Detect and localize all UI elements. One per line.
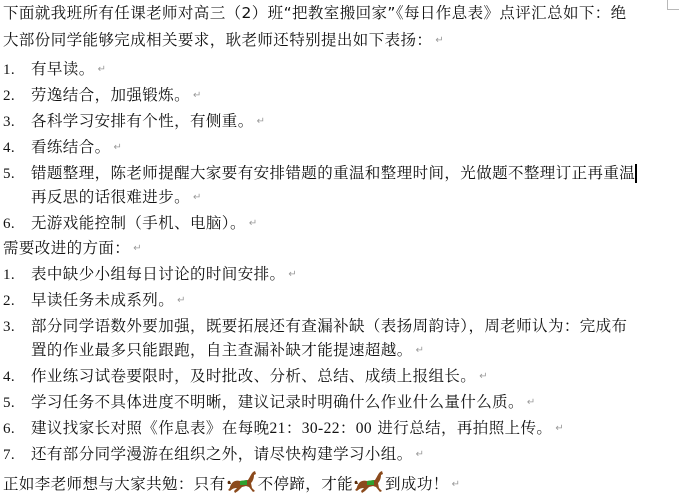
paragraph-mark-icon: ↵ <box>98 64 107 75</box>
paragraph-mark-icon: ↵ <box>249 218 258 229</box>
horse-icon <box>353 469 385 494</box>
improve-item: 4.作业练习试卷要限时，及时批改、分析、总结、成绩上报组长。↵ <box>3 366 488 387</box>
praise-item: 6.无游戏能控制（手机、电脑）。↵ <box>3 213 258 234</box>
text-cursor <box>635 164 637 183</box>
intro-line-2: 大部份同学能够完成相关要求，耿老师还特别提出如下表扬：↵ <box>3 30 444 51</box>
paragraph-mark-icon: ↵ <box>114 142 123 153</box>
paragraph-mark-icon: ↵ <box>193 90 202 101</box>
improve-item: 3.部分同学语数外要加强，既要拓展还有查漏补缺（表扬周韵诗），周老师认为：完成布 <box>3 316 627 337</box>
paragraph-mark-icon: ↵ <box>416 449 425 460</box>
praise-item: 1.有早读。↵ <box>3 59 106 80</box>
paragraph-mark-icon: ↵ <box>435 35 444 46</box>
praise-item: 3.各科学习安排有个性，有侧重。↵ <box>3 111 265 132</box>
improve-item: 7.还有部分同学漫游在组织之外，请尽快构建学习小组。↵ <box>3 444 424 465</box>
praise-item: 2.劳逸结合，加强锻炼。↵ <box>3 85 202 106</box>
paragraph-mark-icon: ↵ <box>527 397 536 408</box>
improve-item-continuation: 置的作业最多只能跟跑，自主查漏补缺才能提速超越。↵ <box>3 340 424 361</box>
paragraph-mark-icon: ↵ <box>479 371 488 382</box>
paragraph-mark-icon: ↵ <box>452 479 461 490</box>
improve-heading: 需要改进的方面：↵ <box>3 238 142 259</box>
improve-item: 5.学习任务不具体进度不明晰，建议记录时明确什么作业什么量什么质。↵ <box>3 392 536 413</box>
praise-item: 5.错题整理，陈老师提醒大家要有安排错题的重温和整理时间，光做题不整理订正再重温 <box>3 163 637 184</box>
paragraph-mark-icon: ↵ <box>555 423 564 434</box>
improve-item: 2.早读任务未成系列。↵ <box>3 290 186 311</box>
paragraph-mark-icon: ↵ <box>133 243 142 254</box>
praise-item-continuation: 再反思的话很难进步。↵ <box>3 187 202 208</box>
praise-item: 4.看练结合。↵ <box>3 137 122 158</box>
improve-item: 6.建议找家长对照《作息表》在每晚21：30-22：00 进行总结，再拍照上传。… <box>3 418 564 439</box>
closing-line: 正如李老师想与大家共勉：只有 不停蹄，才能 到成功！↵ <box>3 469 460 494</box>
paragraph-mark-icon: ↵ <box>288 269 297 280</box>
page-corner-mark <box>667 0 679 10</box>
paragraph-mark-icon: ↵ <box>193 192 202 203</box>
improve-item: 1.表中缺少小组每日讨论的时间安排。↵ <box>3 264 297 285</box>
paragraph-mark-icon: ↵ <box>257 116 266 127</box>
horse-icon <box>226 469 258 494</box>
intro-line-1: 下面就我班所有任课老师对高三（2）班“把教室搬回家”《每日作息表》点评汇总如下：… <box>3 3 627 23</box>
paragraph-mark-icon: ↵ <box>416 345 425 356</box>
paragraph-mark-icon: ↵ <box>177 295 186 306</box>
document-page[interactable]: 下面就我班所有任课老师对高三（2）班“把教室搬回家”《每日作息表》点评汇总如下：… <box>0 0 679 494</box>
